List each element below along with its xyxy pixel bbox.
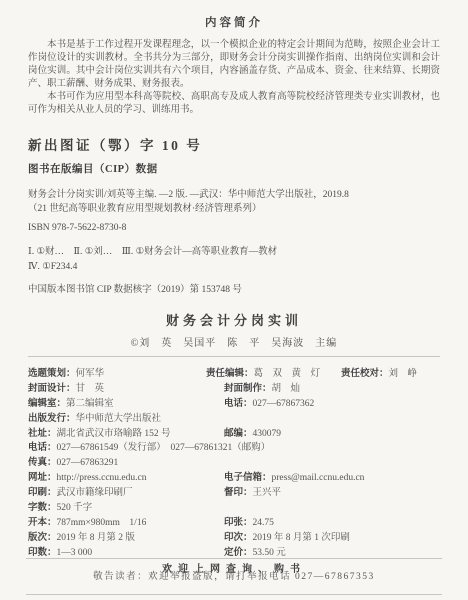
colophon-label-print-run: 印数： — [28, 548, 57, 558]
colophon-item-edition: 版次：2019 年 8 月第 2 版 — [28, 529, 135, 543]
colophon-item-sales-phone: 电话：027—67861549（发行部） 027—67861321（邮购） — [28, 439, 270, 453]
colophon-label-cover-production: 封面制作： — [224, 384, 272, 394]
colophon-item-proofreader: 责任校对：刘 峥 — [341, 365, 417, 379]
colophon-value-cover-design: 甘 英 — [76, 384, 105, 394]
colophon-item-postcode: 邮编：430079 — [224, 425, 281, 439]
colophon-value-sales-phone: 027—67861549（发行部） 027—67861321（邮购） — [57, 443, 271, 453]
content-summary-heading: 内容简介 — [28, 14, 440, 30]
colophon-label-fax: 传真： — [28, 458, 57, 468]
colophon-value-printer: 武汉市籍缘印刷厂 — [57, 488, 133, 498]
colophon-row: 出版发行：华中师范大学出版社 — [28, 410, 440, 425]
colophon-row: 开本：787mm×980mm 1/16印张：24.75 — [28, 514, 440, 529]
colophon-value-topic-planning: 何军华 — [76, 369, 105, 379]
colophon-row: 版次：2019 年 8 月第 2 版印次：2019 年 8 月第 1 次印刷 — [28, 529, 440, 544]
colophon-item-price: 定价：53.50 元 — [224, 544, 286, 558]
colophon-value-cover-production: 胡 灿 — [272, 384, 301, 394]
colophon-label-website: 网址： — [28, 473, 57, 483]
colophon-item-print-supervisor: 督印：王兴平 — [224, 484, 281, 498]
colophon-label-impression: 印次： — [224, 533, 253, 543]
colophon-value-word-count: 520 千字 — [57, 503, 93, 513]
book-editors-line: ©刘 英 吴国平 陈 平 吴海波 主编 — [28, 334, 440, 349]
divider-below-notice — [26, 594, 442, 595]
colophon: 选题策划：何军华责任编辑：葛 双 黄 灯责任校对：刘 峥封面设计：甘 英封面制作… — [28, 365, 440, 559]
cip-classification-line-1: Ⅰ. ①财… Ⅱ. ①刘… Ⅲ. ①财务会计—高等职业教育—教材 — [28, 246, 440, 259]
colophon-value-editorial-office: 第二编辑室 — [66, 399, 114, 409]
colophon-label-word-count: 字数： — [28, 503, 57, 513]
colophon-item-impression: 印次：2019 年 8 月第 1 次印刷 — [224, 529, 350, 543]
colophon-label-office-phone: 电话： — [224, 399, 253, 409]
colophon-label-postcode: 邮编： — [224, 429, 253, 439]
colophon-row: 社址：湖北省武汉市珞喻路 152 号邮编：430079 — [28, 425, 440, 440]
colophon-row: 印刷：武汉市籍缘印刷厂督印：王兴平 — [28, 484, 440, 499]
colophon-row: 网址：http://press.ccnu.edu.cn电子信箱：press@ma… — [28, 469, 440, 484]
cip-classification-line-2: Ⅳ. ①F234.4 — [28, 261, 440, 274]
colophon-item-publisher: 出版发行：华中师范大学出版社 — [28, 410, 161, 424]
colophon-label-cover-design: 封面设计： — [28, 384, 76, 394]
colophon-value-print-run: 1—3 000 — [57, 548, 93, 558]
colophon-value-responsible-editor: 葛 双 黄 灯 — [254, 369, 321, 379]
colophon-value-proofreader: 刘 峥 — [389, 369, 418, 379]
colophon-row: 编辑室：第二编辑室电话：027—67867362 — [28, 395, 440, 410]
content-summary-paragraph-1: 本书是基于工作过程开发课程理念，以一个模拟企业的特定会计期间为范畴，按照企业会计… — [28, 39, 440, 91]
colophon-label-print-supervisor: 督印： — [224, 488, 253, 498]
colophon-value-printed-sheets: 24.75 — [253, 518, 274, 528]
colophon-row: 传真：027—67863291 — [28, 454, 440, 469]
colophon-label-printer: 印刷： — [28, 488, 57, 498]
colophon-value-publisher: 华中师范大学出版社 — [76, 414, 162, 424]
colophon-label-publisher: 出版发行： — [28, 414, 76, 424]
colophon-item-cover-production: 封面制作：胡 灿 — [224, 380, 300, 394]
colophon-value-office-phone: 027—67867362 — [253, 399, 315, 409]
colophon-label-edition: 版次： — [28, 533, 57, 543]
colophon-label-responsible-editor: 责任编辑： — [206, 369, 254, 379]
colophon-label-proofreader: 责任校对： — [341, 369, 389, 379]
colophon-label-editorial-office: 编辑室： — [28, 399, 66, 409]
cip-record-number: 中国版本图书馆 CIP 数据核字（2019）第 153748 号 — [28, 284, 440, 297]
colophon-item-topic-planning: 选题策划：何军华 — [28, 365, 104, 379]
colophon-item-responsible-editor: 责任编辑：葛 双 黄 灯 — [206, 365, 320, 379]
colophon-label-printed-sheets: 印张： — [224, 518, 253, 528]
publication-license-number: 新出图证（鄂）字 10 号 — [28, 134, 440, 154]
copyright-page: 内容简介 本书是基于工作过程开发课程理念，以一个模拟企业的特定会计期间为范畴，按… — [0, 0, 468, 600]
divider-above-notice — [26, 558, 442, 559]
colophon-row: 选题策划：何军华责任编辑：葛 双 黄 灯责任校对：刘 峥 — [28, 365, 440, 380]
colophon-item-printer: 印刷：武汉市籍缘印刷厂 — [28, 484, 133, 498]
colophon-label-email: 电子信箱： — [224, 473, 272, 483]
colophon-item-printed-sheets: 印张：24.75 — [224, 514, 274, 528]
colophon-row: 电话：027—67861549（发行部） 027—67861321（邮购） — [28, 439, 440, 454]
colophon-value-fax: 027—67863291 — [57, 458, 119, 468]
colophon-value-print-supervisor: 王兴平 — [253, 488, 282, 498]
colophon-label-price: 定价： — [224, 548, 253, 558]
colophon-value-website: http://press.ccnu.edu.cn — [57, 473, 147, 483]
colophon-label-address: 社址： — [28, 429, 57, 439]
colophon-value-email: press@mail.ccnu.edu.cn — [272, 473, 365, 483]
colophon-label-format: 开本： — [28, 518, 57, 528]
colophon-label-sales-phone: 电话： — [28, 443, 57, 453]
colophon-item-address: 社址：湖北省武汉市珞喻路 152 号 — [28, 425, 171, 439]
colophon-label-topic-planning: 选题策划： — [28, 369, 76, 379]
colophon-row: 字数：520 千字 — [28, 499, 440, 514]
colophon-value-edition: 2019 年 8 月第 2 版 — [57, 533, 135, 543]
colophon-item-fax: 传真：027—67863291 — [28, 454, 118, 468]
colophon-value-impression: 2019 年 8 月第 1 次印刷 — [253, 533, 350, 543]
colophon-item-cover-design: 封面设计：甘 英 — [28, 380, 104, 394]
colophon-item-print-run: 印数：1—3 000 — [28, 544, 92, 558]
colophon-item-editorial-office: 编辑室：第二编辑室 — [28, 395, 114, 409]
colophon-row: 封面设计：甘 英封面制作：胡 灿 — [28, 380, 440, 395]
colophon-item-format: 开本：787mm×980mm 1/16 — [28, 514, 146, 528]
colophon-item-email: 电子信箱：press@mail.ccnu.edu.cn — [224, 469, 364, 483]
book-title: 财务会计分岗实训 — [28, 310, 440, 329]
colophon-item-website: 网址：http://press.ccnu.edu.cn — [28, 469, 146, 483]
cip-entry-line: 财务会计分岗实训/刘英等主编. —2 版. —武汉：华中师范大学出版社，2019… — [28, 189, 440, 202]
colophon-value-price: 53.50 元 — [253, 548, 286, 558]
anti-piracy-notice: 敬告读者：欢迎举报盗版，请打举报电话 027—67867353 — [0, 568, 468, 582]
colophon-value-address: 湖北省武汉市珞喻路 152 号 — [57, 429, 171, 439]
cip-series-line: （21 世纪高等职业教育应用型规划教材·经济管理系列） — [28, 203, 440, 216]
colophon-row: 印数：1—3 000定价：53.50 元 — [28, 544, 440, 559]
colophon-value-postcode: 430079 — [253, 429, 282, 439]
divider-above-colophon — [28, 356, 440, 357]
colophon-value-format: 787mm×980mm 1/16 — [57, 518, 147, 528]
content-summary-paragraph-2: 本书可作为应用型本科高等院校、高职高专及成人教育高等院校经济管理类专业实训教材，… — [28, 91, 440, 117]
colophon-item-word-count: 字数：520 千字 — [28, 499, 92, 513]
colophon-item-office-phone: 电话：027—67867362 — [224, 395, 314, 409]
cip-heading: 图书在版编目（CIP）数据 — [28, 161, 440, 176]
isbn-line: ISBN 978-7-5622-8730-8 — [28, 222, 440, 235]
